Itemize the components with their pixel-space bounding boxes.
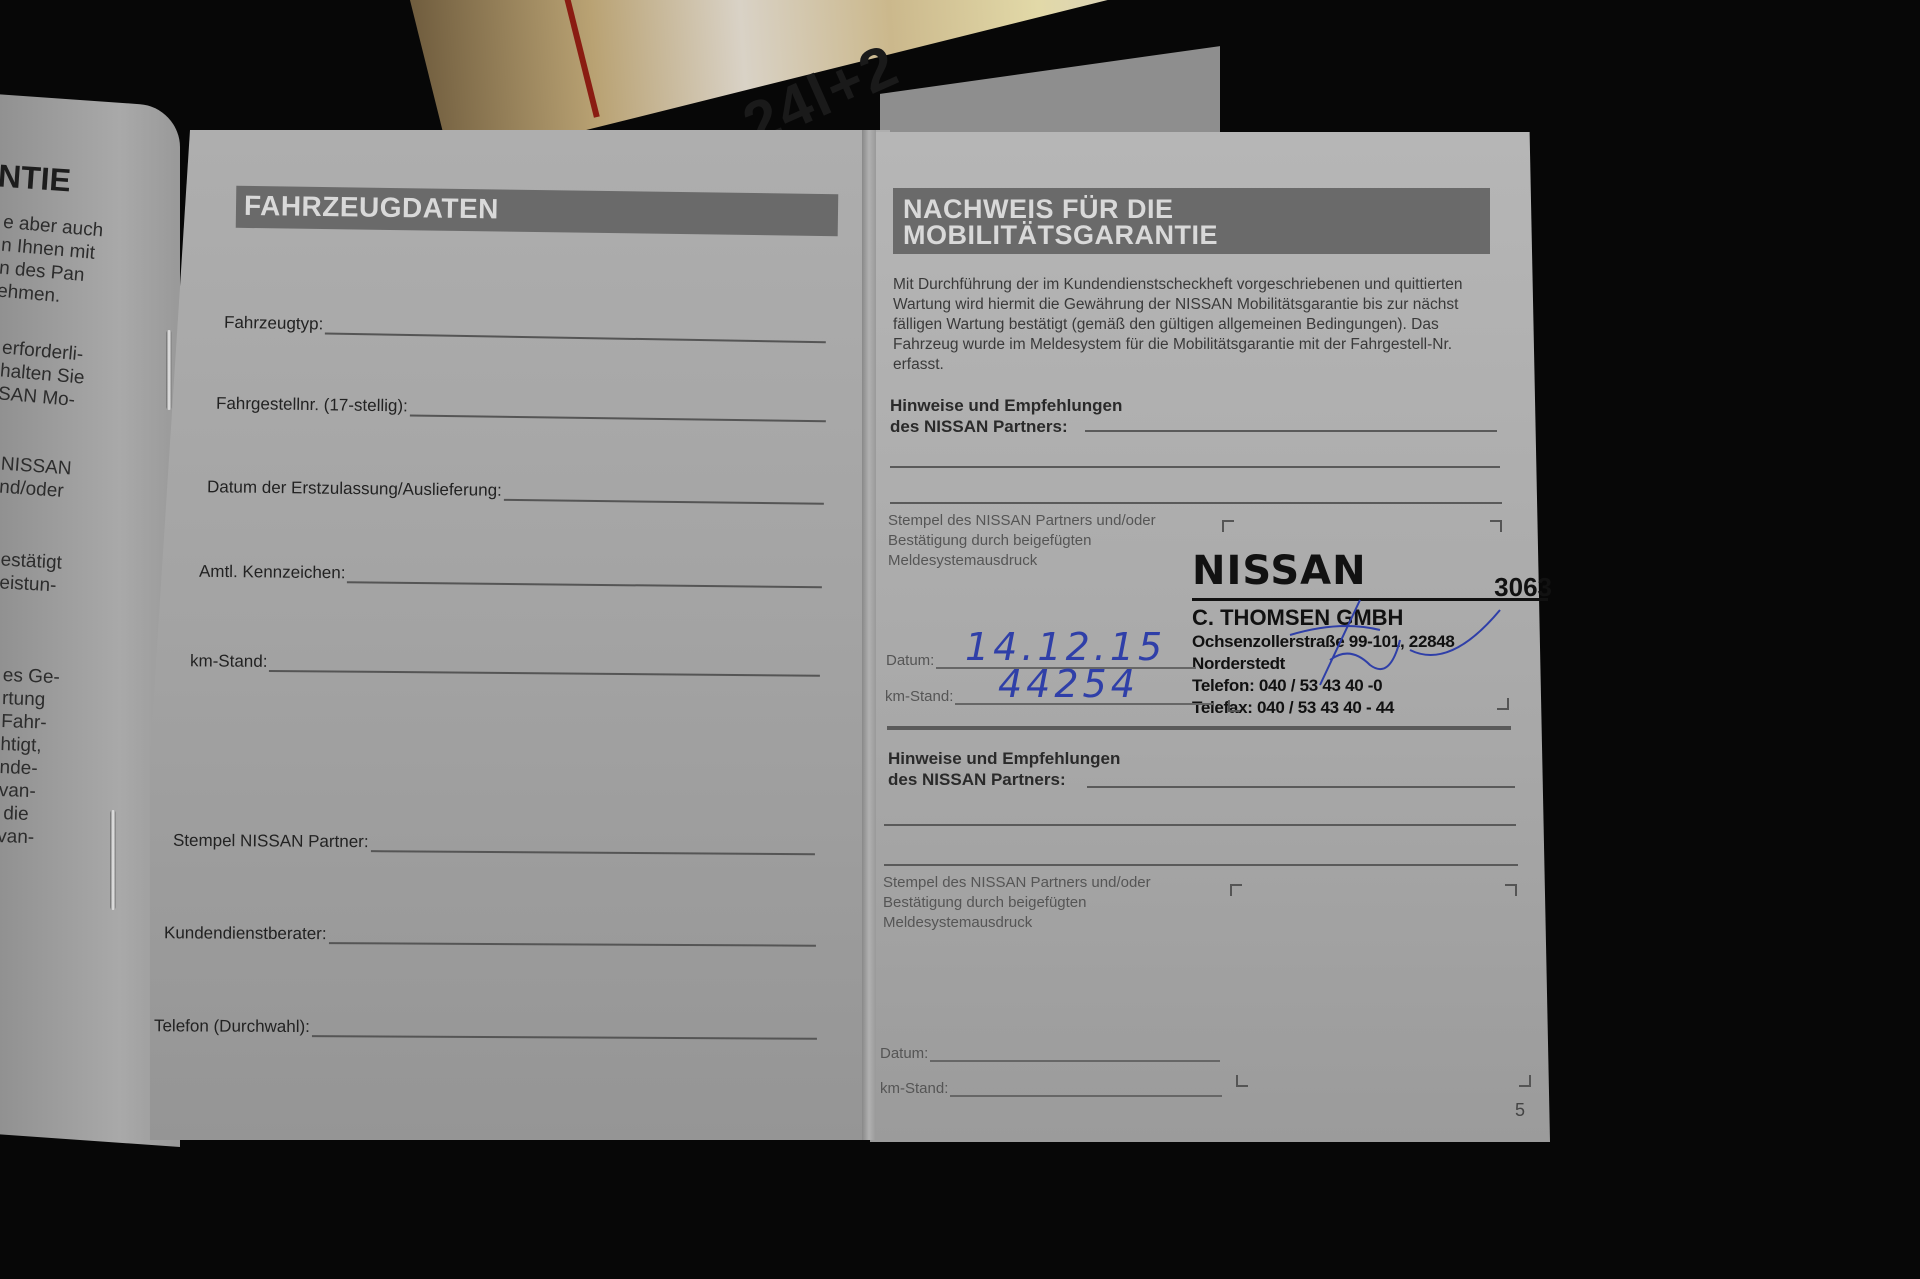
hints-line[interactable] <box>884 864 1518 866</box>
stamp-area-corner <box>1222 520 1234 532</box>
hints-line[interactable] <box>884 824 1516 826</box>
previous-page-text: es Ge- rtung Fahr- htigt, nde- van- die … <box>0 664 60 850</box>
hints-label-line1: Hinweise und Empfehlungen <box>890 395 1122 416</box>
header-line-1: NACHWEIS FÜR DIE <box>903 196 1490 222</box>
previous-page-title-fragment: NTIE <box>0 158 72 200</box>
field-label: Kundendienstberater: <box>164 923 327 944</box>
field-label: Datum der Erstzulassung/Auslieferung: <box>207 477 502 501</box>
mobility-guarantee-header: NACHWEIS FÜR DIE MOBILITÄTSGARANTIE <box>893 188 1490 254</box>
field-line <box>329 928 817 947</box>
header-line-2: MOBILITÄTSGARANTIE <box>903 222 1490 248</box>
vehicle-data-header: FAHRZEUGDATEN <box>236 186 839 236</box>
field-label: km-Stand: <box>190 651 268 672</box>
km-label: km-Stand: <box>885 688 953 705</box>
hints-label-line2: des NISSAN Partners: <box>890 416 1122 437</box>
field-label: Fahrgestellnr. (17-stellig): <box>216 394 408 417</box>
vehicle-data-page <box>150 130 890 1140</box>
phone-extension-field[interactable]: Telefon (Durchwahl): <box>154 1016 817 1039</box>
field-label: Telefon (Durchwahl): <box>154 1016 310 1037</box>
field-label: Fahrzeugtyp: <box>224 313 324 335</box>
stamp-area-corner <box>1505 884 1517 896</box>
binding-ring <box>110 810 116 910</box>
stamp-area-corner <box>1497 698 1509 710</box>
stamp-area-corner <box>1236 1075 1248 1087</box>
booklet-spine <box>862 130 876 1140</box>
hints-label-line2: des NISSAN Partners: <box>888 769 1120 790</box>
field-line <box>950 1085 1222 1097</box>
date-label: Datum: <box>886 652 934 669</box>
date-field-2[interactable]: Datum: <box>880 1045 1220 1062</box>
stamp-area-corner <box>1519 1075 1531 1087</box>
service-advisor-field[interactable]: Kundendienstberater: <box>164 923 816 946</box>
hints-line[interactable] <box>890 502 1502 504</box>
mileage-field-2[interactable]: km-Stand: <box>880 1080 1222 1097</box>
stamp-area-corner <box>1228 700 1240 712</box>
field-line <box>930 1050 1220 1062</box>
field-line <box>371 836 816 855</box>
stamp-note: Stempel des NISSAN Partners und/oder Bes… <box>883 873 1151 933</box>
previous-page-text: erforderli- halten Sie SAN Mo- <box>0 336 87 412</box>
entry-separator <box>887 726 1511 730</box>
hints-label-line1: Hinweise und Empfehlungen <box>888 748 1120 769</box>
field-label: Amtl. Kennzeichen: <box>199 562 346 584</box>
previous-page-text: estätigt eistun- <box>0 548 62 597</box>
field-label: Stempel NISSAN Partner: <box>173 831 369 852</box>
intro-paragraph: Mit Durchführung der im Kundendienstsche… <box>893 275 1493 375</box>
handwritten-mileage: 44254 <box>998 662 1139 706</box>
signature <box>1260 590 1520 690</box>
previous-page-text: NISSAN nd/oder <box>0 453 72 504</box>
hints-line[interactable] <box>1085 430 1497 432</box>
stamp-area-corner <box>1490 520 1502 532</box>
hints-label: Hinweise und Empfehlungen des NISSAN Par… <box>888 748 1120 790</box>
date-label: Datum: <box>880 1045 928 1062</box>
km-label: km-Stand: <box>880 1080 948 1097</box>
page-number: 5 <box>1515 1100 1525 1121</box>
field-line <box>312 1021 817 1040</box>
brochure-red-stripe <box>546 0 600 118</box>
binding-ring <box>166 330 172 410</box>
hints-line[interactable] <box>1087 786 1515 788</box>
hints-line[interactable] <box>890 466 1500 468</box>
stamp-area-corner <box>1230 884 1242 896</box>
stamp-note: Stempel des NISSAN Partners und/oder Bes… <box>888 511 1156 571</box>
previous-page-text: e aber auch n Ihnen mit n des Pan ehmen. <box>0 211 104 311</box>
